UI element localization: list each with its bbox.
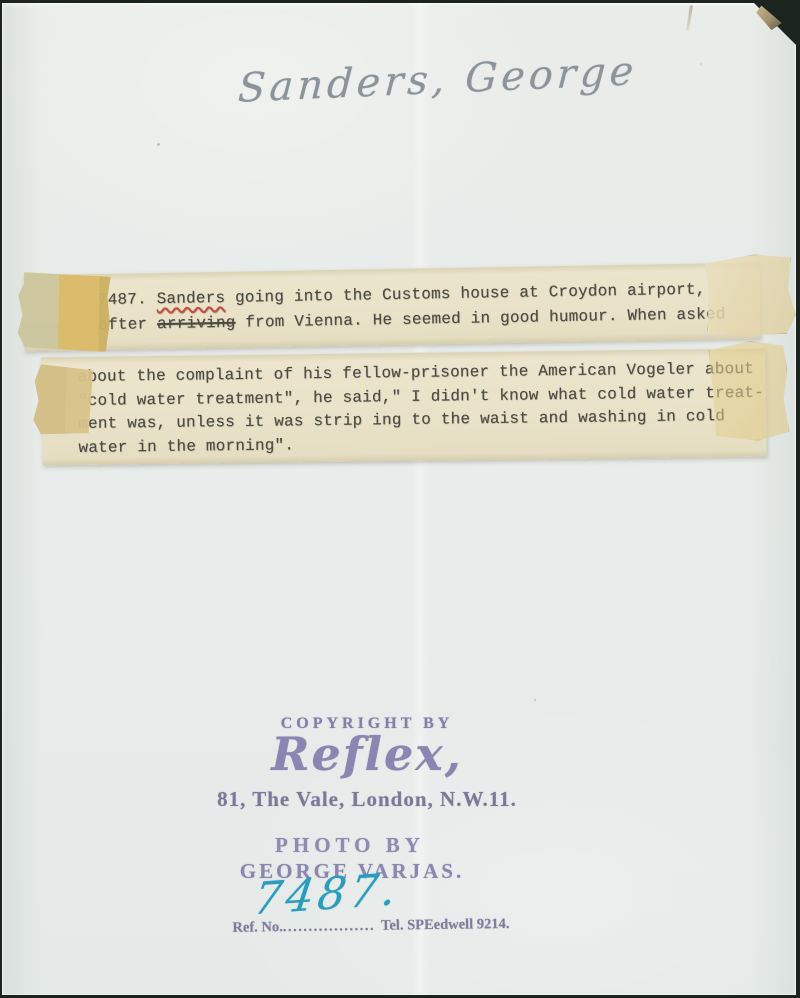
handwritten-name-pencil: Sanders, George bbox=[237, 48, 639, 112]
strip1-struck-word: arriving bbox=[157, 314, 236, 333]
strip1-name-red-underlined: Sanders bbox=[156, 289, 225, 308]
dust-speck bbox=[534, 699, 536, 701]
strip2-line2: "cold water treatment", he said," I didn… bbox=[78, 383, 764, 409]
tape-strip2-right bbox=[708, 340, 789, 443]
tape-strip1-right bbox=[701, 251, 798, 341]
strip2-line1: about the complaint of his fellow-prison… bbox=[77, 360, 753, 386]
telephone-stamp: Tel. SPEedwell 9214. bbox=[381, 916, 510, 934]
strip1-line1-rest: going into the Customs house at Croydon … bbox=[225, 281, 706, 307]
paper-scratch-mark bbox=[686, 5, 693, 31]
photo-paper: Sanders, George 7487. Sanders going into… bbox=[2, 3, 796, 995]
strip2-line4: water in the morning". bbox=[78, 436, 294, 457]
photo-verso-scan: { "photo_back": { "handwritten_name": "S… bbox=[0, 0, 800, 998]
handwritten-ref-number-blue-ink: 7487. bbox=[251, 864, 404, 926]
photo-by-stamp: PHOTO BY bbox=[2, 833, 698, 858]
caption-strip-1: 7487. Sanders going into the Customs hou… bbox=[23, 263, 760, 352]
tape-strip2-left bbox=[33, 364, 93, 436]
tape-strip1-left bbox=[17, 272, 110, 352]
studio-name-stamp: Reflex, bbox=[2, 727, 732, 781]
caption-strip-2-text: about the complaint of his fellow-prison… bbox=[41, 349, 766, 461]
strip2-line3: ment was, unless it was strip ing to the… bbox=[78, 407, 725, 433]
caption-strip-2: about the complaint of his fellow-prison… bbox=[41, 349, 766, 466]
studio-address-stamp: 81, The Vale, London, N.W.11. bbox=[2, 787, 732, 812]
dust-speck bbox=[700, 63, 702, 66]
dust-speck bbox=[157, 143, 160, 146]
caption-strip-1-text: 7487. Sanders going into the Customs hou… bbox=[23, 263, 760, 340]
strip1-line2-rest: from Vienna. He seemed in good humour. W… bbox=[235, 305, 725, 332]
